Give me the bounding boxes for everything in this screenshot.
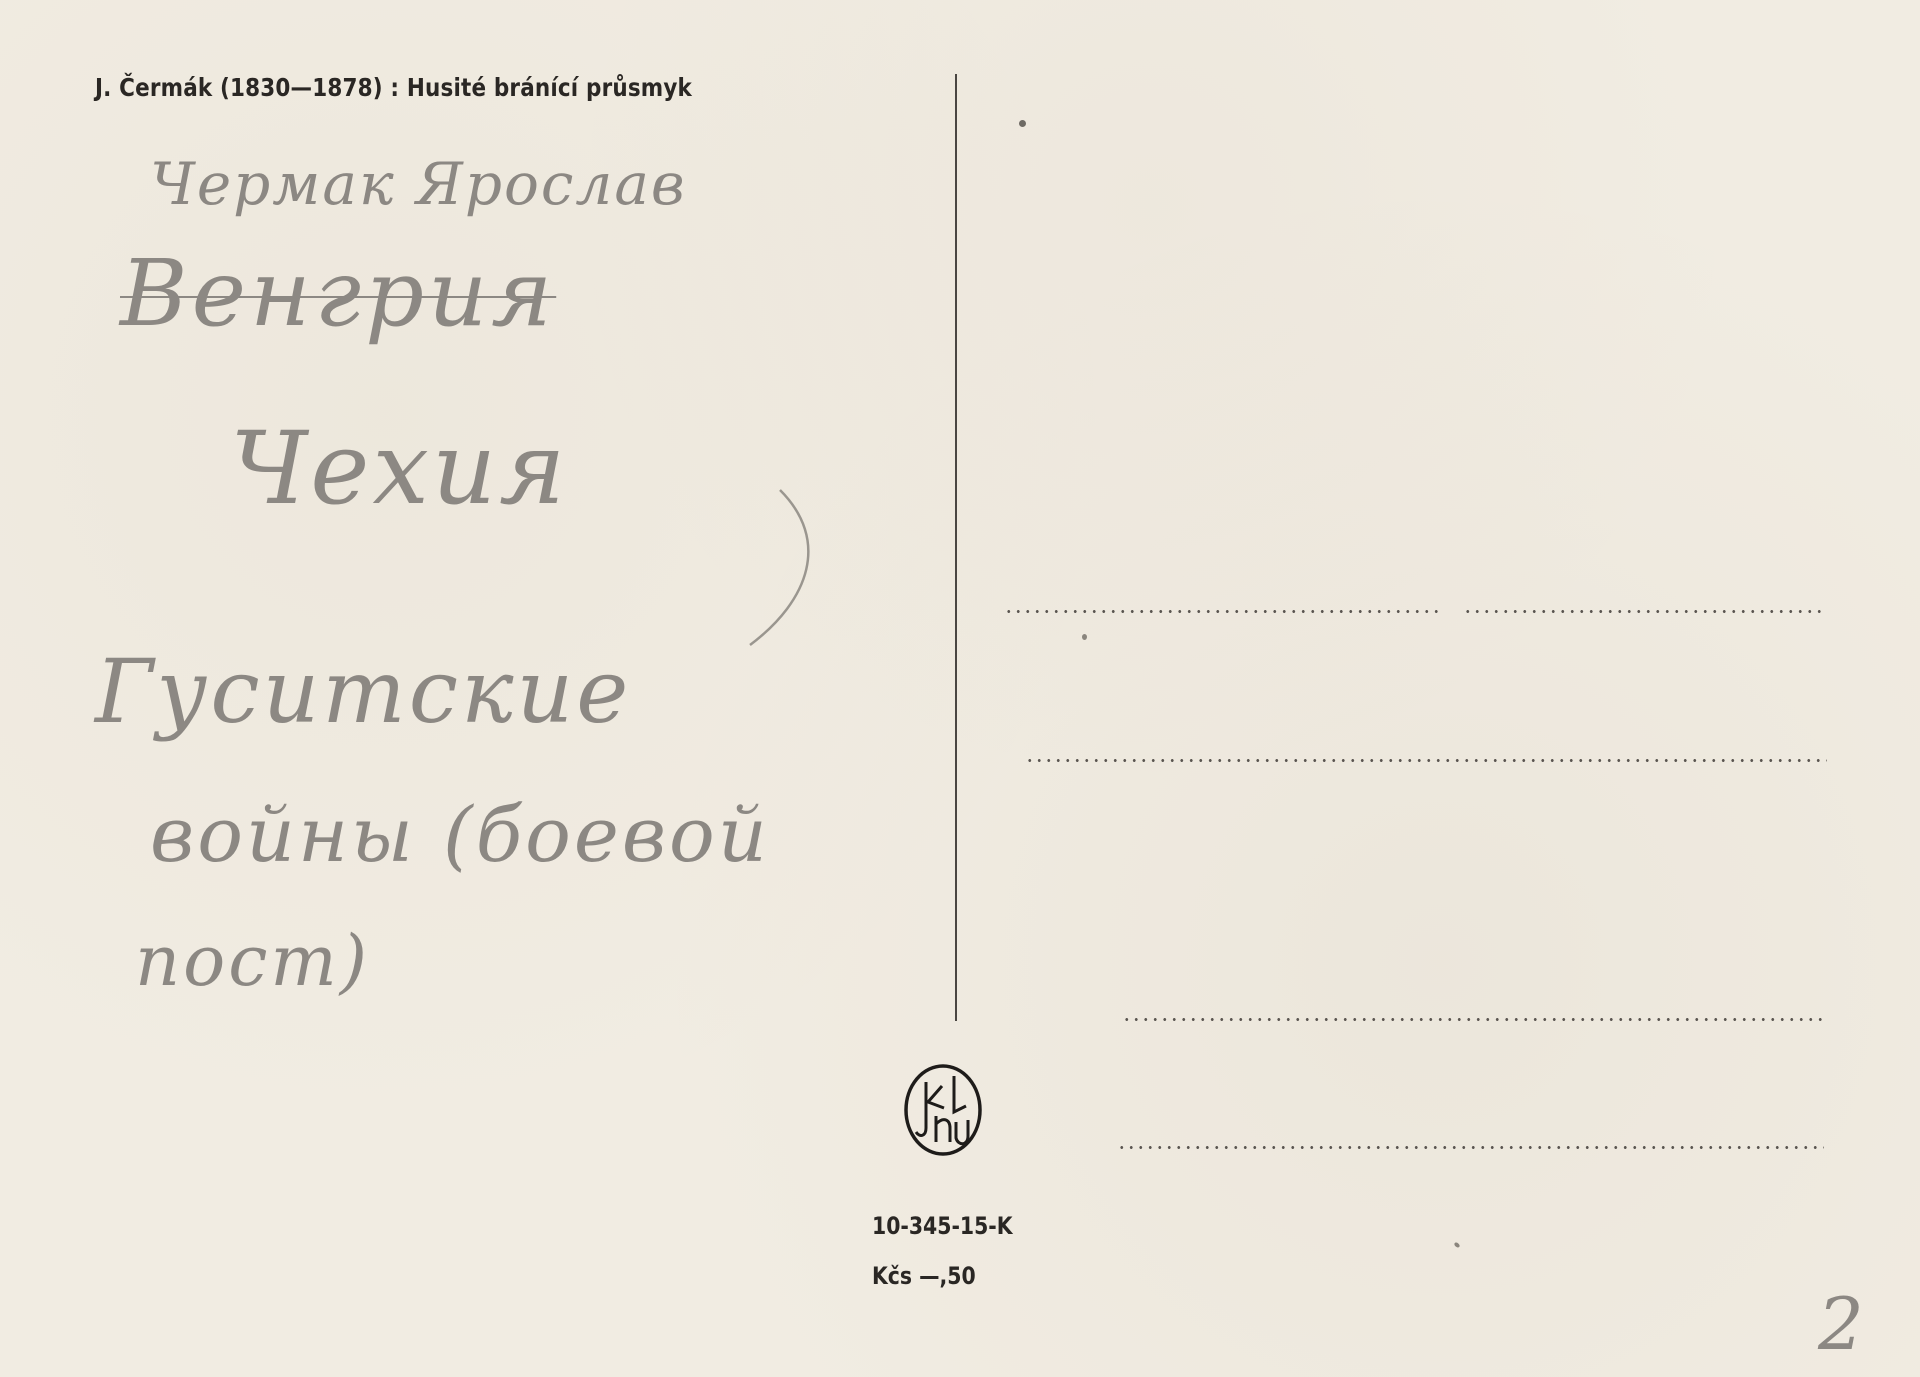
paper-speck	[1453, 1242, 1460, 1249]
handwritten-page-number: 2	[1818, 1282, 1864, 1366]
paper-speck	[1019, 120, 1026, 127]
paper-speck	[1082, 634, 1087, 640]
handwritten-line-post: пост)	[135, 920, 370, 1002]
publication-code: 10-345-15-K	[872, 1212, 1013, 1240]
pencil-flourish-icon	[600, 430, 860, 650]
address-line-2	[1025, 759, 1827, 762]
handwritten-struck-country: Венгрия	[120, 240, 556, 347]
handwritten-line-hussite: Гуситские	[95, 640, 631, 743]
postcard-price: Kčs —,50	[872, 1262, 976, 1290]
handwritten-country: Чехия	[230, 410, 569, 527]
publisher-logo-icon	[902, 1062, 984, 1158]
address-line-3	[1122, 1018, 1824, 1021]
postcard-divider	[955, 74, 957, 1021]
address-line-4	[1117, 1146, 1824, 1149]
address-line-1a	[1004, 610, 1438, 613]
address-line-1b	[1463, 610, 1827, 613]
handwritten-name: Чермак Ярослав	[150, 150, 687, 218]
handwritten-line-wars: войны (боевой	[150, 790, 770, 879]
postcard-caption: J. Čermák (1830—1878) : Husité bránící p…	[95, 73, 692, 102]
